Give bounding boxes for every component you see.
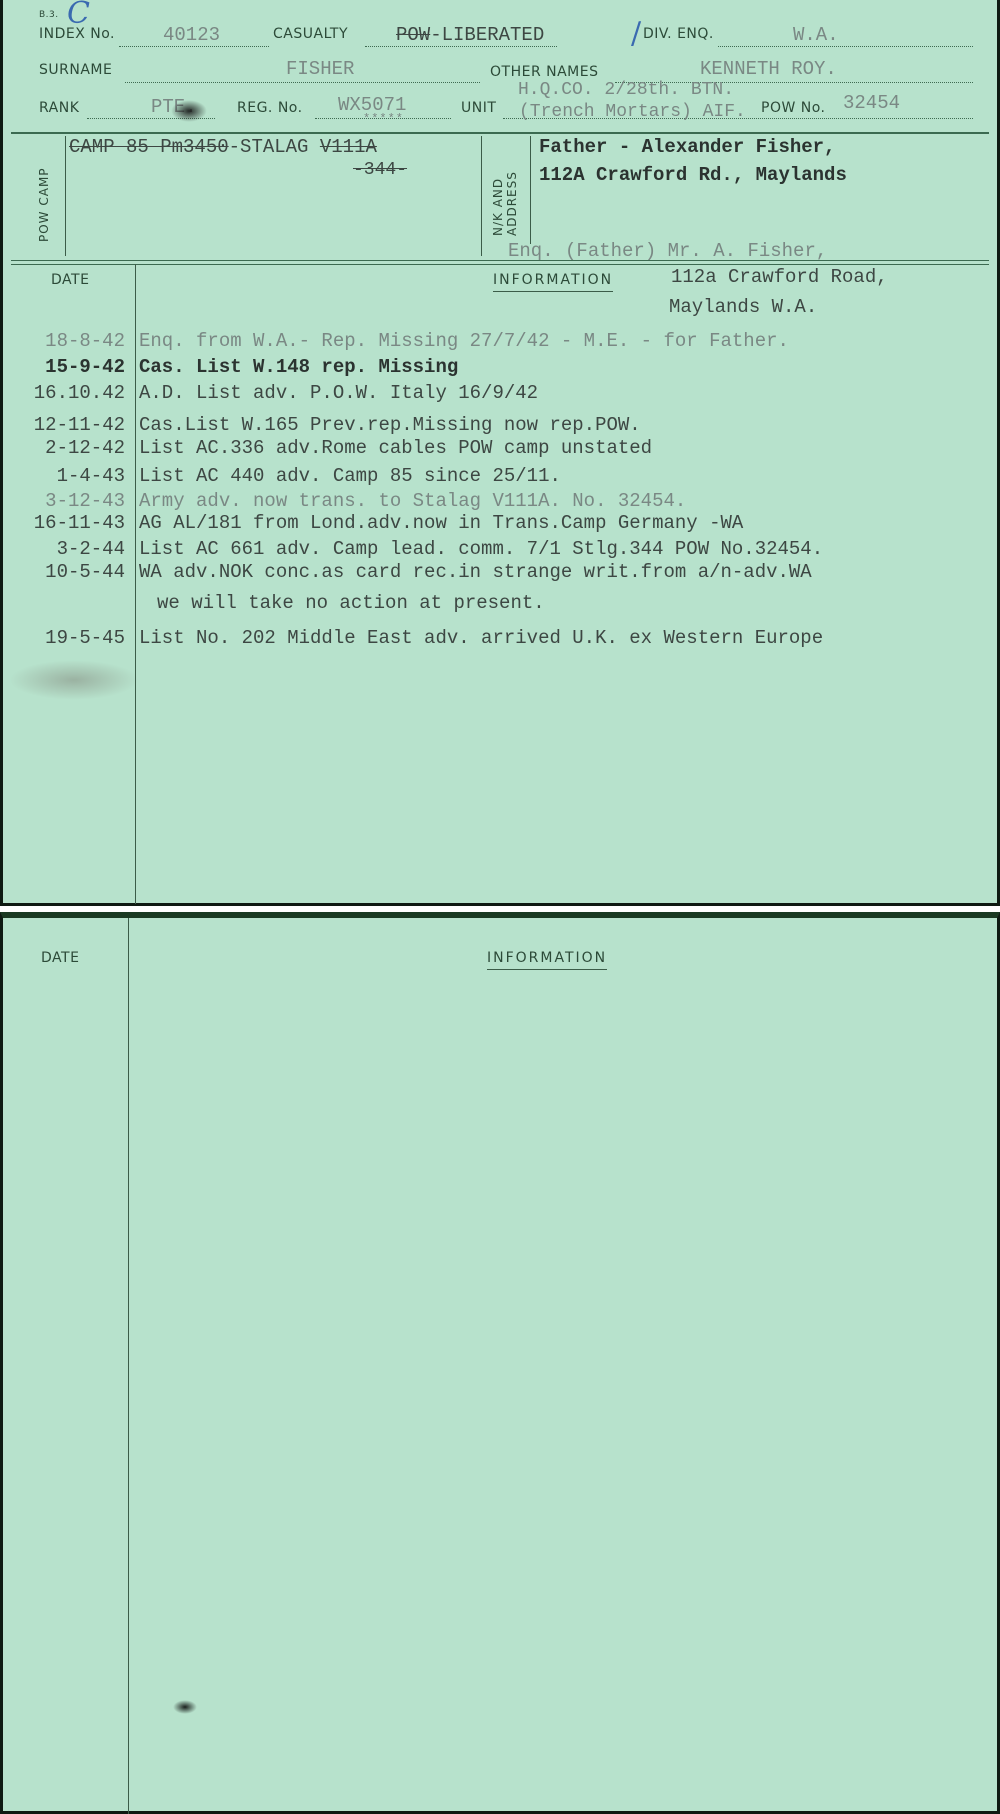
casualty-struck-value: POW (396, 24, 430, 46)
pow-camp-divider (65, 136, 66, 256)
entry-date: 16.10.42 (34, 382, 125, 404)
information-column-header: INFORMATION (493, 272, 613, 292)
surname-value: FISHER (286, 58, 354, 80)
entry-information: List AC 440 adv. Camp 85 since 25/11. (139, 465, 561, 487)
surname-label: SURNAME (39, 62, 112, 78)
reg-no-marks: ***** (363, 112, 404, 126)
div-enq-value: W.A. (793, 24, 839, 46)
rank-label: RANK (39, 100, 79, 116)
entry-information: List No. 202 Middle East adv. arrived U.… (139, 627, 823, 649)
nok-enq-line3: Maylands W.A. (669, 296, 817, 318)
surname-line (125, 82, 480, 83)
back-date-column-header: DATE (41, 950, 79, 966)
pow-no-label: POW No. (761, 100, 826, 116)
entry-information: WA adv.NOK conc.as card rec.in strange w… (139, 561, 812, 583)
nok-left-divider (481, 136, 482, 256)
date-column-header: DATE (51, 272, 89, 288)
entry-date: 1-4-43 (57, 465, 125, 487)
form-code: B.3. (39, 10, 59, 20)
div-enq-line (718, 46, 973, 47)
casualty-line (365, 46, 557, 47)
nok-label: N/K ANDADDRESS (491, 171, 519, 236)
entry-information: Cas. List W.148 rep. Missing (139, 356, 458, 378)
entry-information: A.D. List adv. P.O.W. Italy 16/9/42 (139, 382, 538, 404)
index-no-value: 40123 (163, 24, 220, 46)
reg-no-label: REG. No. (237, 100, 303, 116)
unit-value-line2: (Trench Mortars) AIF. (519, 102, 746, 122)
entry-date: 16-11-43 (34, 512, 125, 534)
entry-date: 19-5-45 (45, 627, 125, 649)
entry-information: Enq. from W.A.- Rep. Missing 27/7/42 - M… (139, 330, 789, 352)
record-card-back: DATE INFORMATION (0, 912, 1000, 1814)
nok-line1: Father - Alexander Fisher, (539, 136, 835, 158)
casualty-label: CASUALTY (273, 26, 348, 42)
div-enq-label: DIV. ENQ. (643, 26, 714, 42)
other-names-value: KENNETH ROY. (700, 58, 837, 80)
entry-information: List AC 661 adv. Camp lead. comm. 7/1 St… (139, 538, 823, 560)
rule-mid-2 (11, 264, 989, 265)
back-date-column-divider (128, 918, 129, 1814)
rule-mid-1 (11, 260, 989, 261)
ink-spot (173, 1700, 197, 1714)
pow-camp-value: CAMP 85 Pm3450-STALAG V111A (69, 136, 377, 158)
pow-no-value: 32454 (843, 92, 900, 114)
entry-information: Army adv. now trans. to Stalag V111A. No… (139, 490, 686, 512)
other-names-label: OTHER NAMES (490, 64, 598, 80)
unit-label: UNIT (461, 100, 496, 116)
date-column-divider (135, 264, 136, 904)
pow-camp-label: POW CAMP (37, 167, 51, 242)
entry-date: 2-12-42 (45, 437, 125, 459)
entry-date: 15-9-42 (45, 356, 125, 378)
index-no-label: INDEX No. (39, 26, 115, 42)
entry-information: Cas.List W.165 Prev.rep.Missing now rep.… (139, 414, 641, 436)
nok-enq-line2: 112a Crawford Road, (671, 266, 888, 288)
entry-information: List AC.336 adv.Rome cables POW camp uns… (139, 437, 652, 459)
ink-blot (171, 100, 207, 122)
entry-date: 10-5-44 (45, 561, 125, 583)
nok-inner-divider (530, 136, 531, 244)
nok-line2: 112A Crawford Rd., Maylands (539, 164, 847, 186)
entry-information: we will take no action at present. (157, 592, 545, 614)
unit-value-line1: H.Q.CO. 2/28th. BTN. (518, 80, 734, 100)
entry-information: AG AL/181 from Lond.adv.now in Trans.Cam… (139, 512, 743, 534)
entry-date: 3-12-43 (45, 490, 125, 512)
smudge (9, 660, 139, 700)
rule-top (11, 132, 989, 134)
casualty-value: POW-LIBERATED (396, 24, 544, 46)
entry-date: 12-11-42 (34, 414, 125, 436)
pow-camp-line2: -344- (353, 160, 407, 180)
entry-date: 18-8-42 (45, 330, 125, 352)
entry-date: 3-2-44 (57, 538, 125, 560)
back-information-column-header: INFORMATION (487, 950, 607, 970)
pen-slash: / (631, 16, 641, 51)
nok-enq-line1: Enq. (Father) Mr. A. Fisher, (508, 240, 827, 262)
index-no-line (119, 46, 269, 47)
record-card-front: B.3. C INDEX No. 40123 CASUALTY POW-LIBE… (0, 0, 1000, 906)
